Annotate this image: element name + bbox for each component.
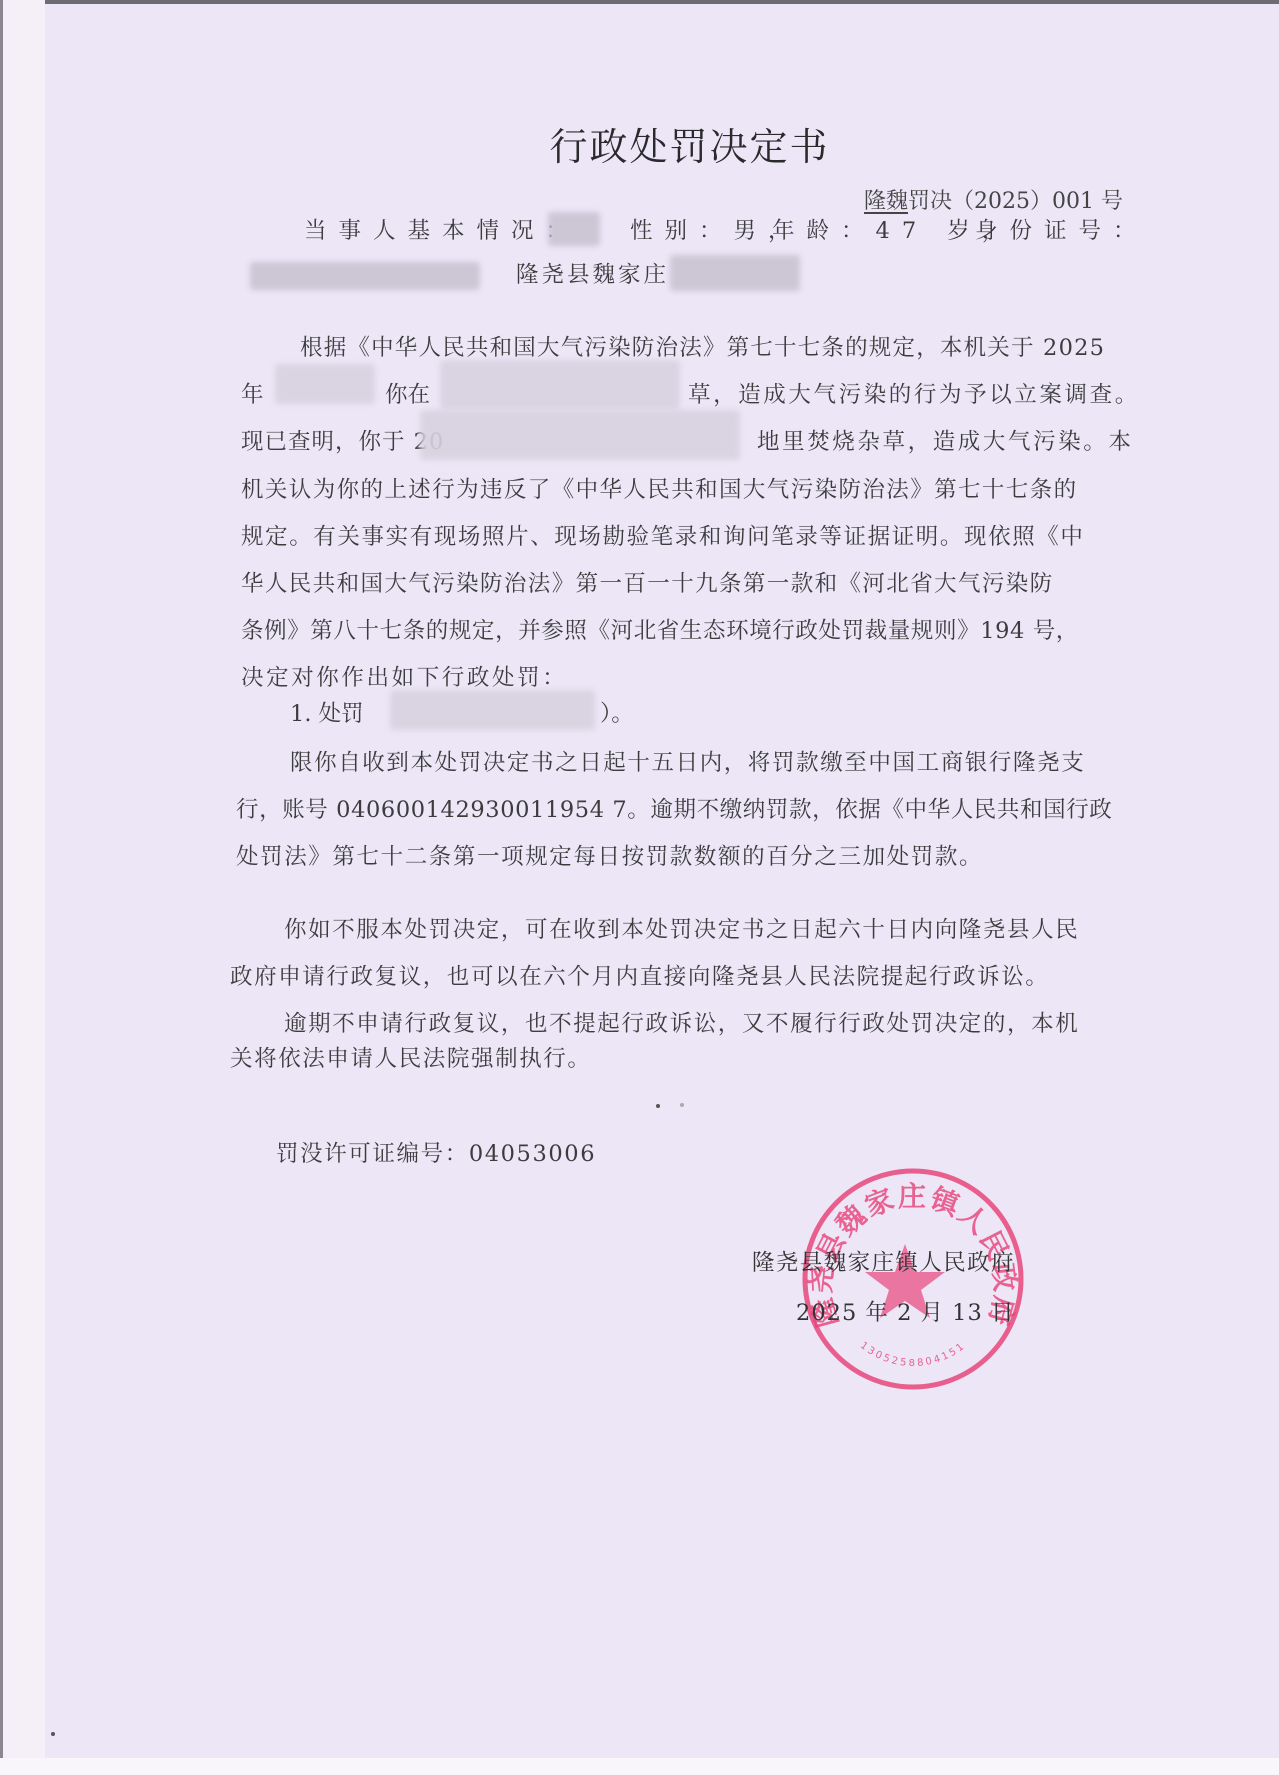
document-number-suffix: 罚决（2025）001 号 xyxy=(908,189,1123,214)
para1-line2b: 草，造成大气污染的行为予以立案调查。 xyxy=(688,377,1140,409)
enforcement-line1: 逾期不申请行政复议，也不提起行政诉讼，又不履行行政处罚决定的，本机 xyxy=(284,1006,1079,1038)
para1-year: 年 xyxy=(241,377,264,409)
party-info-label: 当事人基本情况： xyxy=(304,213,580,245)
para1-line3b: 地里焚烧杂草，造成大气污染。本 xyxy=(757,424,1134,456)
scan-bottom-edge xyxy=(0,1758,1279,1775)
redacted-name xyxy=(548,212,600,246)
issue-date: 2025 年 2 月 13 日 xyxy=(796,1295,1014,1327)
payment-line1: 限你自收到本处罚决定书之日起十五日内，将罚款缴至中国工商银行隆尧支 xyxy=(290,745,1085,777)
para1-line2a: 你在 xyxy=(385,377,430,409)
address-visible: 隆尧县魏家庄 xyxy=(516,257,669,289)
issuing-authority: 隆尧县魏家庄镇人民政府 xyxy=(752,1245,1015,1277)
id-label: 身份证号： xyxy=(975,213,1148,245)
payment-line3: 处罚法》第七十二条第一项规定每日按罚款数额的百分之三加处罚款。 xyxy=(236,839,983,871)
license-value: 04053006 xyxy=(469,1141,596,1167)
para1-line6: 华人民共和国大气污染防治法》第一百一十九条第一款和《河北省大气污染防 xyxy=(241,566,1054,598)
license-number: 罚没许可证编号：04053006 xyxy=(276,1136,596,1168)
para1-line7: 条例》第八十七条的规定，并参照《河北省生态环境行政处罚裁量规则》194 号， xyxy=(241,613,1079,645)
scan-speck xyxy=(680,1103,684,1107)
appeal-line2: 政府申请行政复议，也可以在六个月内直接向隆尧县人民法院提起行政诉讼。 xyxy=(230,959,1049,991)
scan-speck xyxy=(656,1104,660,1108)
enforcement-line2: 关将依法申请人民法院强制执行。 xyxy=(230,1041,592,1073)
redacted-date xyxy=(275,364,375,404)
para1-line1: 根据《中华人民共和国大气污染防治法》第七十七条的规定，本机关于 2025 xyxy=(300,330,1105,362)
penalty-item-suffix: ）。 xyxy=(600,696,634,728)
redacted-id-number xyxy=(250,262,480,290)
payment-line2-text: 行，账号 040600142930011954 7。逾期不缴纳罚款，依据《中华人… xyxy=(236,797,1112,823)
document-number: 隆魏罚决（2025）001 号 xyxy=(864,184,1123,215)
scan-left-margin xyxy=(3,0,45,1760)
para1-line4: 机关认为你的上述行为违反了《中华人民共和国大气污染防治法》第七十七条的 xyxy=(241,472,1078,504)
issuer-abbreviation: 隆魏 xyxy=(864,189,908,214)
para1-line8: 决定对你作出如下行政处罚： xyxy=(241,660,567,692)
redacted-address xyxy=(670,255,800,291)
scan-speck xyxy=(51,1732,55,1736)
para1-line3a: 现已查明，你于 20 xyxy=(241,424,444,456)
redacted-date-location xyxy=(420,410,740,460)
appeal-line1: 你如不服本处罚决定，可在收到本处罚决定书之日起六十日内向隆尧县人民 xyxy=(284,912,1079,944)
document-title: 行政处罚决定书 xyxy=(0,116,1279,171)
redacted-location xyxy=(440,360,680,410)
license-label: 罚没许可证编号： xyxy=(276,1141,469,1167)
redacted-penalty-amount xyxy=(390,690,595,730)
payment-line2: 行，账号 040600142930011954 7。逾期不缴纳罚款，依据《中华人… xyxy=(236,792,1112,824)
penalty-item-prefix: 1. 处罚 xyxy=(290,696,364,728)
para1-line5: 规定。有关事实有现场照片、现场勘验笔录和询问笔录等证据证明。现依照《中 xyxy=(241,519,1085,551)
